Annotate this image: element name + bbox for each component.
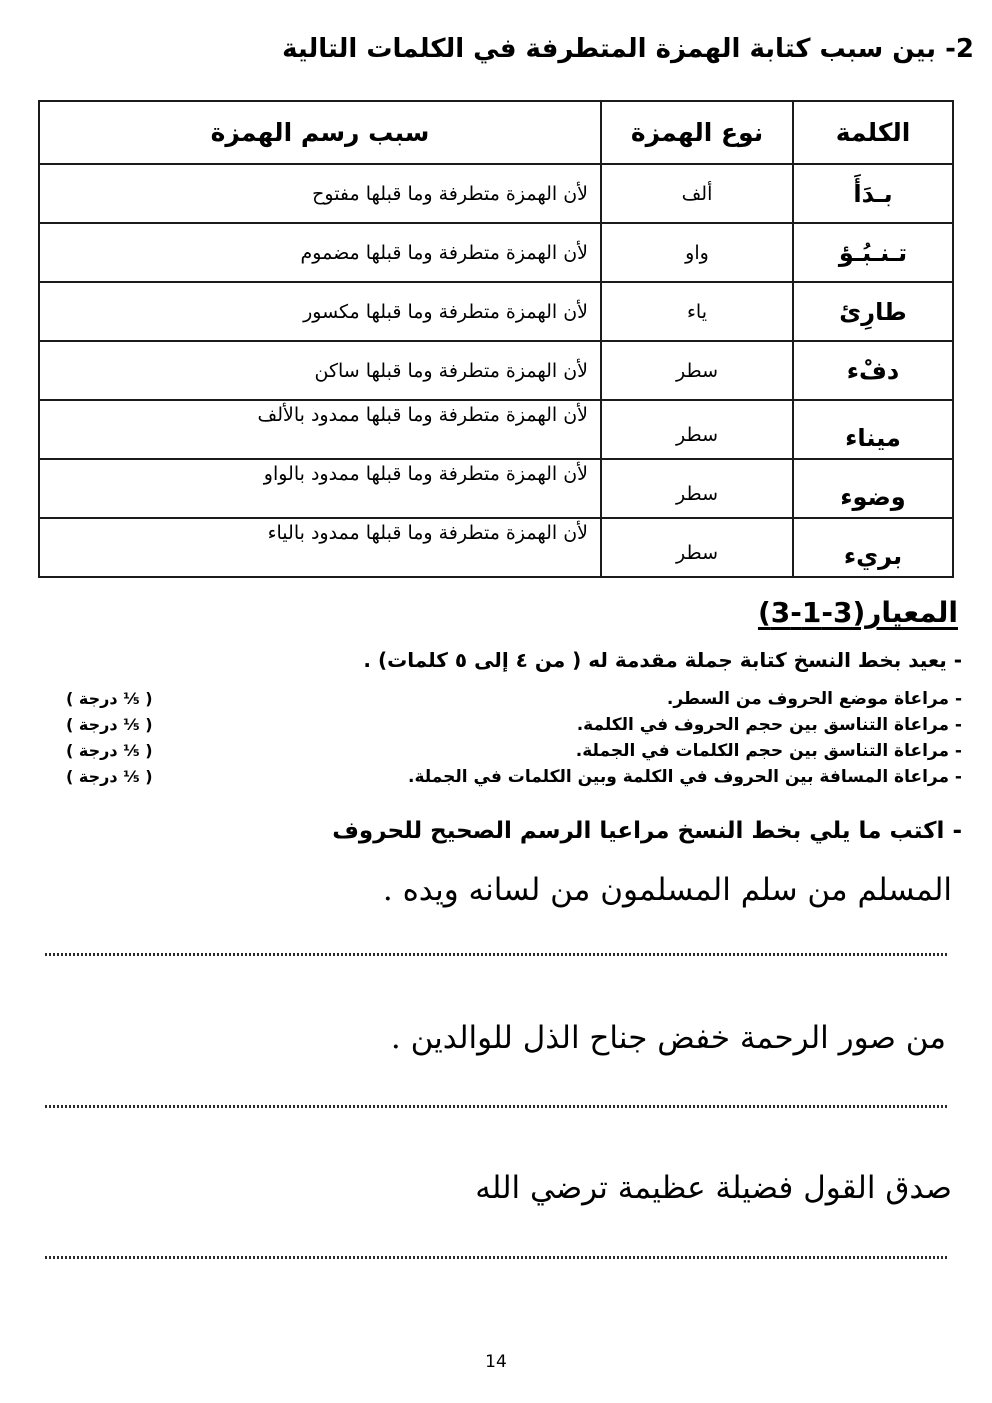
practice-sentence: صدق القول فضيلة عظيمة ترضي الله bbox=[30, 1170, 952, 1206]
exercise-instruction: - اكتب ما يلي بخط النسخ مراعيا الرسم الص… bbox=[30, 818, 962, 844]
reason-cell: لأن الهمزة متطرفة وما قبلها ممدود بالواو bbox=[39, 459, 601, 518]
criteria-item-score: ( ⅕ درجة ) bbox=[66, 764, 153, 790]
hamza-type-cell: ألف bbox=[601, 164, 793, 223]
word-cell: بـدَأَ bbox=[793, 164, 953, 223]
reason-cell: لأن الهمزة متطرفة وما قبلها ممدود بالياء bbox=[39, 518, 601, 577]
criteria-item: - مراعاة موضع الحروف من السطر. ( ⅕ درجة … bbox=[66, 686, 962, 712]
page-number: 14 bbox=[0, 1352, 992, 1372]
word-cell: وضوء bbox=[793, 459, 953, 518]
criteria-item-score: ( ⅕ درجة ) bbox=[66, 712, 153, 738]
hamza-type-cell: سطر bbox=[601, 518, 793, 577]
reason-cell: لأن الهمزة متطرفة وما قبلها مضموم bbox=[39, 223, 601, 282]
criteria-heading: المعيار(3-1-3) bbox=[758, 596, 958, 629]
word-cell: دفْء bbox=[793, 341, 953, 400]
criteria-item-text: - مراعاة التناسق بين حجم الكلمات في الجم… bbox=[576, 738, 962, 764]
column-header-reason: سبب رسم الهمزة bbox=[39, 101, 601, 164]
writing-line bbox=[45, 953, 947, 956]
practice-sentence: من صور الرحمة خفض جناح الذل للوالدين . bbox=[30, 1020, 946, 1056]
hamza-type-cell: سطر bbox=[601, 459, 793, 518]
hamza-type-cell: سطر bbox=[601, 400, 793, 459]
practice-sentence: المسلم من سلم المسلمون من لسانه ويده . bbox=[30, 872, 952, 908]
hamza-type-cell: سطر bbox=[601, 341, 793, 400]
table-row: طارِئ ياء لأن الهمزة متطرفة وما قبلها مك… bbox=[39, 282, 953, 341]
hamza-type-cell: واو bbox=[601, 223, 793, 282]
writing-line bbox=[45, 1256, 947, 1259]
word-cell: تـنـبُـؤ bbox=[793, 223, 953, 282]
page-title: 2- بين سبب كتابة الهمزة المتطرفة في الكل… bbox=[18, 34, 974, 64]
reason-cell: لأن الهمزة متطرفة وما قبلها مكسور bbox=[39, 282, 601, 341]
word-cell: ميناء bbox=[793, 400, 953, 459]
table-row: ميناء سطر لأن الهمزة متطرفة وما قبلها مم… bbox=[39, 400, 953, 459]
criteria-item: - مراعاة التناسق بين حجم الحروف في الكلم… bbox=[66, 712, 962, 738]
word-cell: طارِئ bbox=[793, 282, 953, 341]
column-header-hamza-type: نوع الهمزة bbox=[601, 101, 793, 164]
table-row: بريء سطر لأن الهمزة متطرفة وما قبلها ممد… bbox=[39, 518, 953, 577]
column-header-word: الكلمة bbox=[793, 101, 953, 164]
criteria-item-text: - مراعاة التناسق بين حجم الحروف في الكلم… bbox=[577, 712, 962, 738]
criteria-item-score: ( ⅕ درجة ) bbox=[66, 686, 153, 712]
table-row: تـنـبُـؤ واو لأن الهمزة متطرفة وما قبلها… bbox=[39, 223, 953, 282]
hamza-table: الكلمة نوع الهمزة سبب رسم الهمزة بـدَأَ … bbox=[38, 100, 954, 578]
criteria-item-text: - مراعاة المسافة بين الحروف في الكلمة وب… bbox=[408, 764, 962, 790]
document-page: 2- بين سبب كتابة الهمزة المتطرفة في الكل… bbox=[0, 0, 992, 1403]
word-cell: بريء bbox=[793, 518, 953, 577]
criteria-item-score: ( ⅕ درجة ) bbox=[66, 738, 153, 764]
criteria-items-list: - مراعاة موضع الحروف من السطر. ( ⅕ درجة … bbox=[66, 686, 962, 790]
writing-line bbox=[45, 1105, 947, 1108]
table-header-row: الكلمة نوع الهمزة سبب رسم الهمزة bbox=[39, 101, 953, 164]
table-row: دفْء سطر لأن الهمزة متطرفة وما قبلها ساك… bbox=[39, 341, 953, 400]
table-row: وضوء سطر لأن الهمزة متطرفة وما قبلها ممد… bbox=[39, 459, 953, 518]
reason-cell: لأن الهمزة متطرفة وما قبلها مفتوح bbox=[39, 164, 601, 223]
criteria-item: - مراعاة التناسق بين حجم الكلمات في الجم… bbox=[66, 738, 962, 764]
criteria-item: - مراعاة المسافة بين الحروف في الكلمة وب… bbox=[66, 764, 962, 790]
hamza-type-cell: ياء bbox=[601, 282, 793, 341]
criteria-item-text: - مراعاة موضع الحروف من السطر. bbox=[667, 686, 962, 712]
criteria-main-item: - يعيد بخط النسخ كتابة جملة مقدمة له ( م… bbox=[30, 648, 962, 672]
reason-cell: لأن الهمزة متطرفة وما قبلها ممدود بالألف bbox=[39, 400, 601, 459]
table-row: بـدَأَ ألف لأن الهمزة متطرفة وما قبلها م… bbox=[39, 164, 953, 223]
reason-cell: لأن الهمزة متطرفة وما قبلها ساكن bbox=[39, 341, 601, 400]
